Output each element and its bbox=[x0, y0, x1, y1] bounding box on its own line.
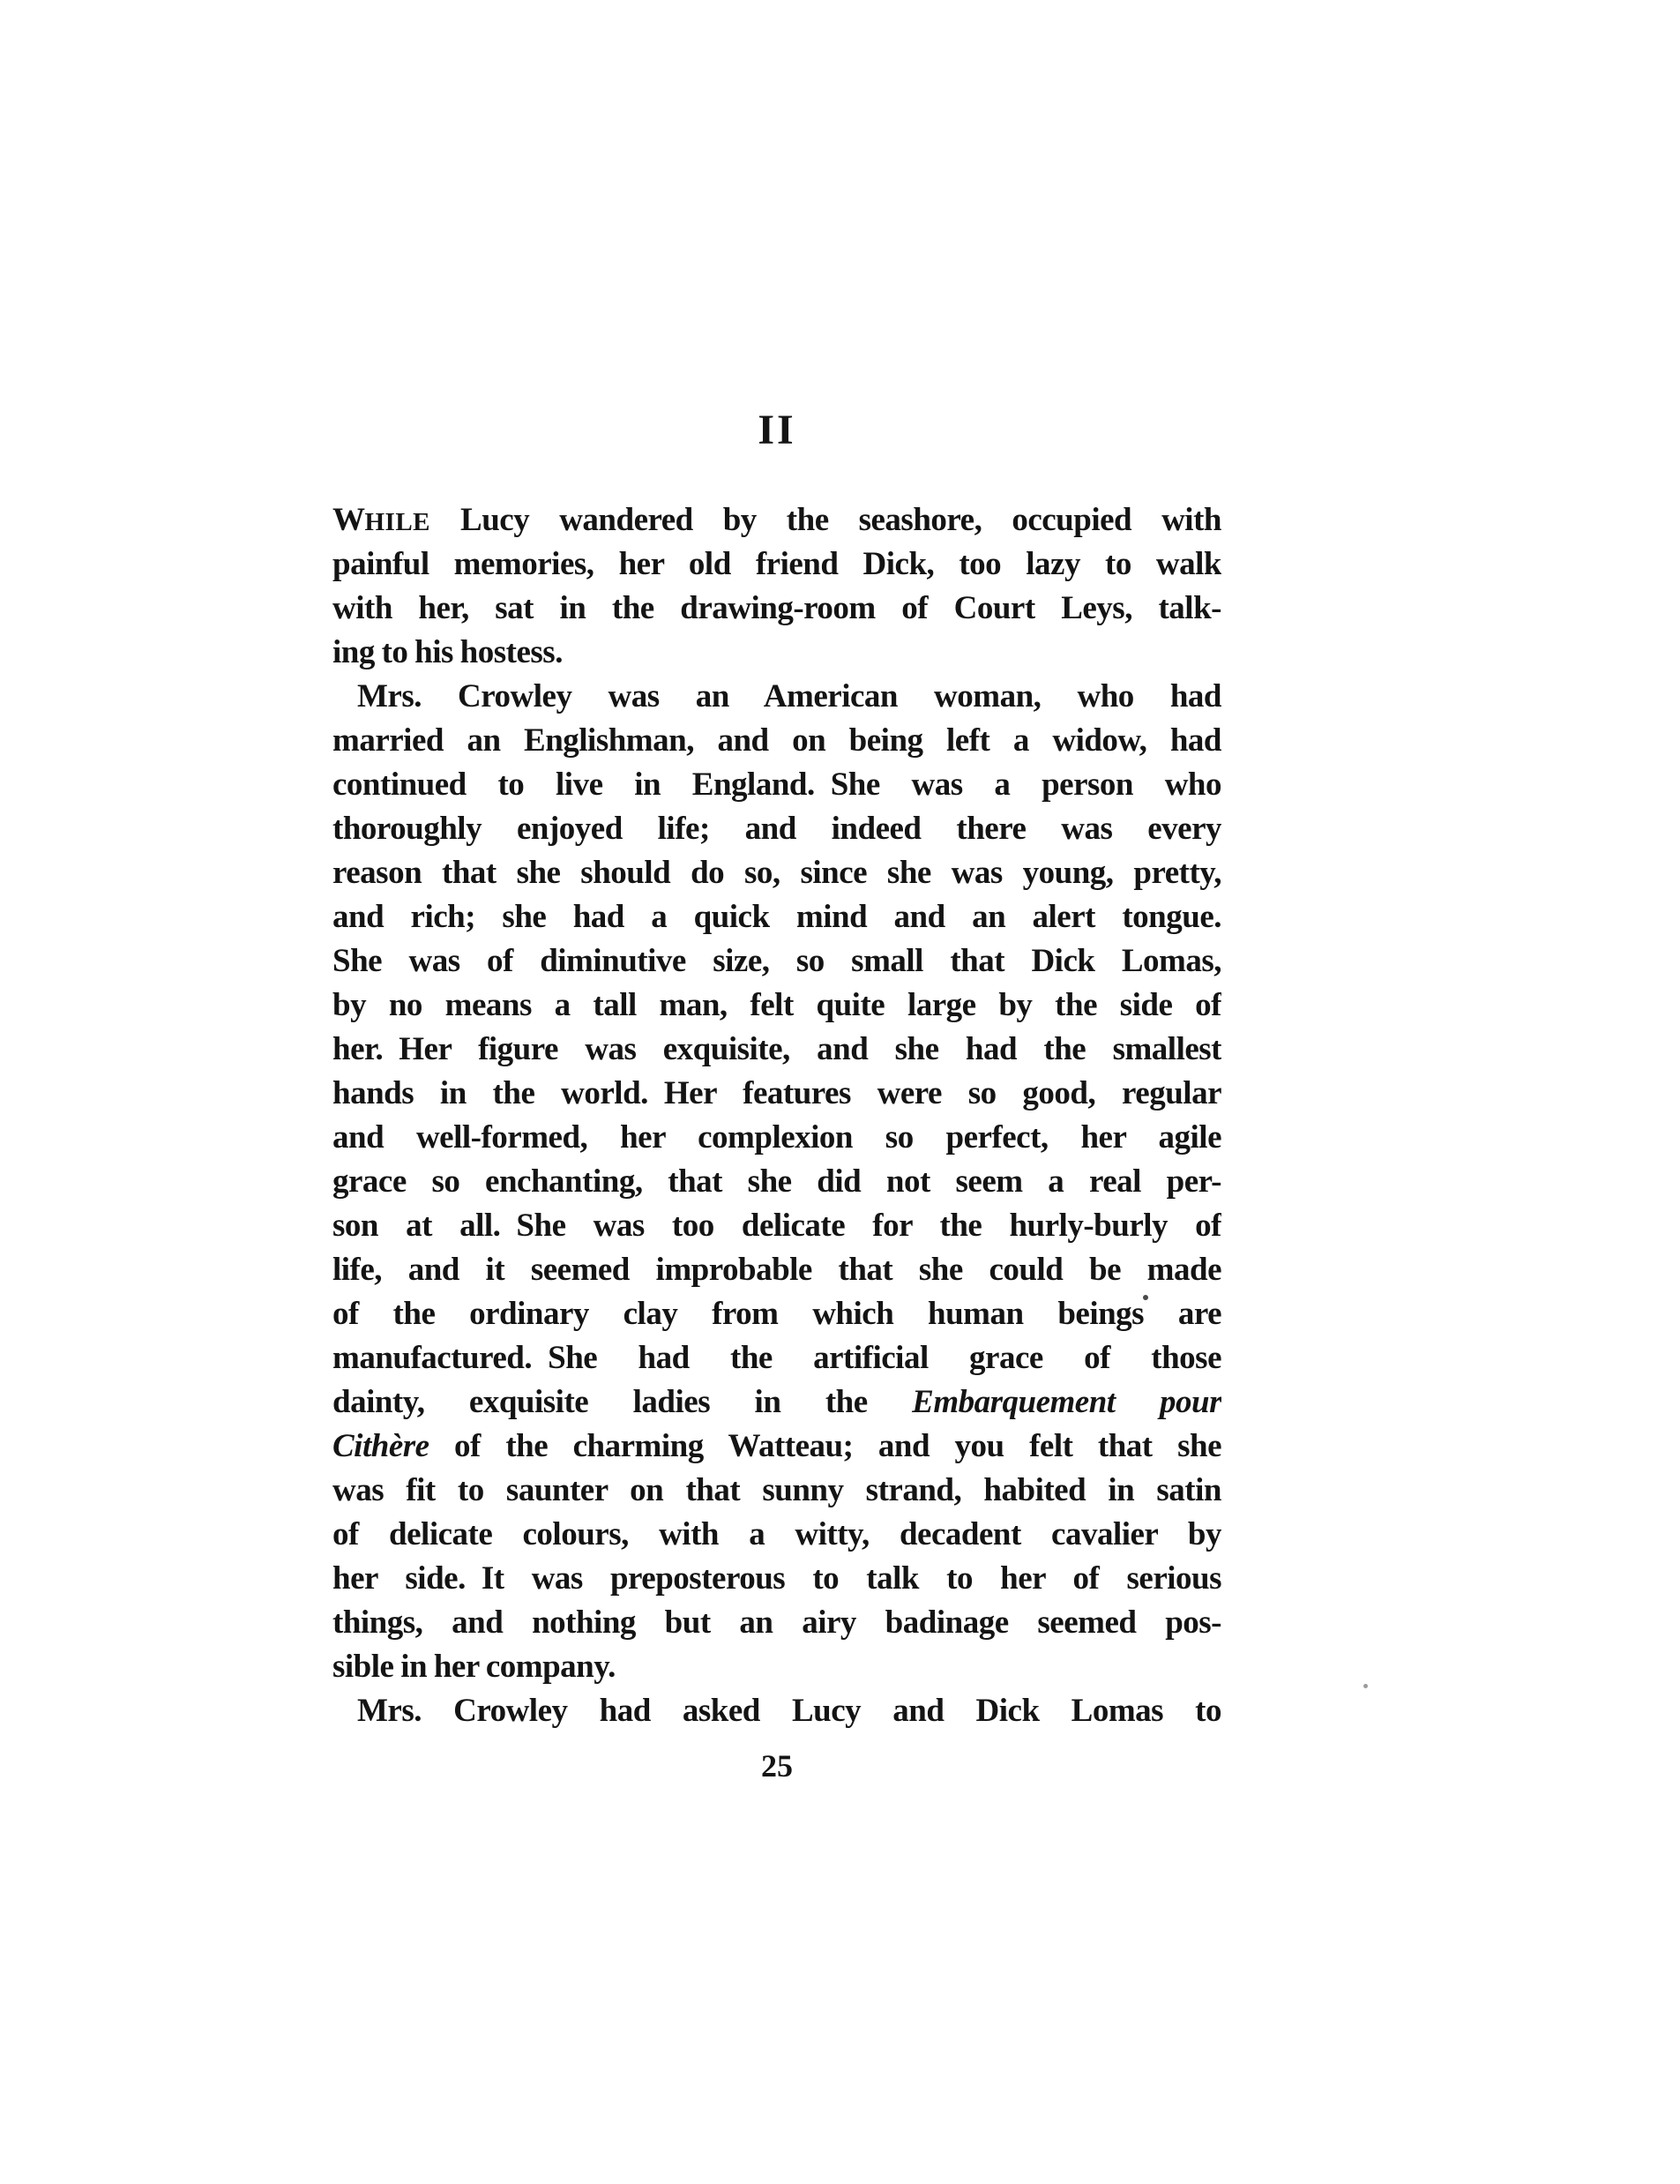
text-line: Mrs. Crowley had asked Lucy and Dick Lom… bbox=[332, 1689, 1221, 1733]
text-line: and rich; she had a quick mind and an al… bbox=[332, 895, 1221, 939]
text-segment: continued to live in England. She was a … bbox=[332, 767, 1221, 803]
chapter-heading: II bbox=[332, 409, 1221, 452]
text-segment: reason that she should do so, since she … bbox=[332, 855, 1221, 891]
text-segment: and well-formed, her complexion so perfe… bbox=[332, 1119, 1221, 1156]
text-segment: her. Her figure was exquisite, and she h… bbox=[332, 1031, 1221, 1067]
text-line: hands in the world. Her features were so… bbox=[332, 1072, 1221, 1116]
text-segment: thoroughly enjoyed life; and indeed ther… bbox=[332, 811, 1221, 847]
text-segment: Mrs. Crowley was an American woman, who … bbox=[357, 678, 1221, 714]
text-line: and well-formed, her complexion so perfe… bbox=[332, 1116, 1221, 1160]
text-segment: of the ordinary clay from which human be… bbox=[332, 1296, 1221, 1332]
text-line: was fit to saunter on that sunny strand,… bbox=[332, 1469, 1221, 1513]
text-line: manufactured. She had the artificial gra… bbox=[332, 1336, 1221, 1380]
text-segment: of the charming Watteau; and you felt th… bbox=[429, 1428, 1221, 1464]
text-line: Cithère of the charming Watteau; and you… bbox=[332, 1425, 1221, 1469]
text-line: life, and it seemed improbable that she … bbox=[332, 1248, 1221, 1292]
text-line: She was of diminutive size, so small tha… bbox=[332, 939, 1221, 984]
text-segment: hands in the world. Her features were so… bbox=[332, 1075, 1221, 1111]
text-segment: grace so enchanting, that she did not se… bbox=[332, 1163, 1221, 1200]
italic-text: Cithère bbox=[332, 1428, 429, 1464]
text-segment: Mrs. Crowley had asked Lucy and Dick Lom… bbox=[357, 1693, 1221, 1729]
text-line: ing to his hostess. bbox=[332, 631, 1221, 675]
text-segment: with her, sat in the drawing-room of Cou… bbox=[332, 590, 1221, 626]
text-line: of the ordinary clay from which human be… bbox=[332, 1292, 1221, 1336]
text-segment: W bbox=[332, 502, 365, 538]
italic-text: Embarquement pour bbox=[912, 1384, 1221, 1420]
text-line: Mrs. Crowley was an American woman, who … bbox=[332, 675, 1221, 719]
text-line: married an Englishman, and on being left… bbox=[332, 719, 1221, 763]
text-segment: ing to his hostess. bbox=[332, 634, 563, 670]
ink-speck bbox=[1363, 1684, 1368, 1688]
text-line: her. Her figure was exquisite, and she h… bbox=[332, 1028, 1221, 1072]
text-segment: and rich; she had a quick mind and an al… bbox=[332, 899, 1221, 935]
text-line: continued to live in England. She was a … bbox=[332, 763, 1221, 807]
page-number: 25 bbox=[332, 1750, 1221, 1782]
text-line: her side. It was preposterous to talk to… bbox=[332, 1557, 1221, 1601]
text-segment: dainty, exquisite ladies in the bbox=[332, 1384, 912, 1420]
text-segment: She was of diminutive size, so small tha… bbox=[332, 943, 1221, 979]
smallcaps-text: HILE bbox=[365, 508, 431, 536]
text-line: reason that she should do so, since she … bbox=[332, 851, 1221, 895]
text-segment: manufactured. She had the artificial gra… bbox=[332, 1340, 1221, 1376]
text-segment: sible in her company. bbox=[332, 1649, 616, 1685]
text-line: with her, sat in the drawing-room of Cou… bbox=[332, 587, 1221, 631]
text-segment: married an Englishman, and on being left… bbox=[332, 722, 1221, 759]
text-segment: by no means a tall man, felt quite large… bbox=[332, 987, 1221, 1023]
text-line: WHILE Lucy wandered by the seashore, occ… bbox=[332, 498, 1221, 542]
text-line: grace so enchanting, that she did not se… bbox=[332, 1160, 1221, 1204]
text-line: painful memories, her old friend Dick, t… bbox=[332, 542, 1221, 587]
ink-speck bbox=[1143, 1295, 1148, 1300]
text-line: things, and nothing but an airy badinage… bbox=[332, 1601, 1221, 1645]
text-line: sible in her company. bbox=[332, 1645, 1221, 1689]
text-line: dainty, exquisite ladies in the Embarque… bbox=[332, 1380, 1221, 1425]
text-segment: her side. It was preposterous to talk to… bbox=[332, 1560, 1221, 1597]
text-line: thoroughly enjoyed life; and indeed ther… bbox=[332, 807, 1221, 851]
book-page: { "page": { "chapter_heading": "II", "pa… bbox=[0, 0, 1680, 2184]
text-segment: son at all. She was too delicate for the… bbox=[332, 1208, 1221, 1244]
text-block: WHILE Lucy wandered by the seashore, occ… bbox=[332, 498, 1221, 1733]
text-line: son at all. She was too delicate for the… bbox=[332, 1204, 1221, 1248]
text-line: of delicate colours, with a witty, decad… bbox=[332, 1513, 1221, 1557]
text-segment: life, and it seemed improbable that she … bbox=[332, 1252, 1221, 1288]
text-segment: was fit to saunter on that sunny strand,… bbox=[332, 1472, 1221, 1508]
text-segment: painful memories, her old friend Dick, t… bbox=[332, 546, 1221, 582]
text-segment: Lucy wandered by the seashore, occupied … bbox=[430, 502, 1221, 538]
text-line: by no means a tall man, felt quite large… bbox=[332, 984, 1221, 1028]
text-segment: things, and nothing but an airy badinage… bbox=[332, 1604, 1221, 1641]
text-segment: of delicate colours, with a witty, decad… bbox=[332, 1516, 1221, 1552]
